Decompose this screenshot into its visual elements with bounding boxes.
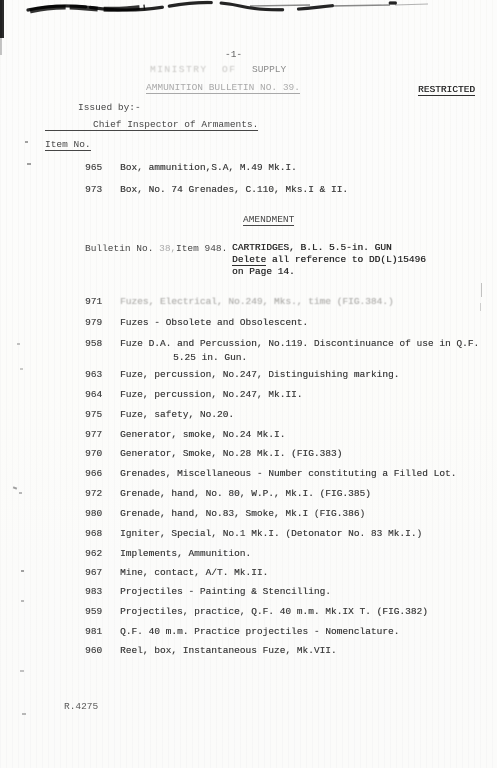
item-row: 966 Grenades, Miscellaneous - Number con…	[0, 468, 497, 484]
amendment-instruction-line2: on Page 14.	[232, 266, 295, 277]
item-number: 970	[85, 448, 102, 459]
item-description: Fuze, safety, No.20.	[120, 409, 234, 420]
item-number: 960	[85, 645, 102, 656]
item-number: 973	[85, 184, 102, 195]
item-row: 973 Box, No. 74 Grenades, C.110, Mks.I &…	[0, 184, 497, 200]
item-row: 965 Box, ammunition,S.A, M.49 Mk.I.	[0, 162, 497, 178]
item-no-column-label: Item No.	[45, 139, 91, 151]
page-number: -1-	[225, 49, 242, 60]
amendment-item-ref: Item 948.	[176, 243, 227, 254]
item-description: Generator, Smoke, No.28 Mk.I. (FIG.383)	[120, 448, 342, 459]
item-description: Igniter, Special, No.1 Mk.I. (Detonator …	[120, 528, 422, 539]
item-description: Projectiles, practice, Q.F. 40 m.m. Mk.I…	[120, 606, 428, 617]
item-description: Projectiles - Painting & Stencilling.	[120, 586, 331, 597]
item-description: Fuze D.A. and Percussion, No.119. Discon…	[120, 338, 479, 349]
item-number: 971	[85, 296, 102, 307]
item-description: Grenade, hand, No. 80, W.P., Mk.I. (FIG.…	[120, 488, 371, 499]
item-description: Generator, smoke, No.24 Mk.I.	[120, 429, 285, 440]
scan-speck	[22, 713, 26, 715]
item-row: 959 Projectiles, practice, Q.F. 40 m.m. …	[0, 606, 497, 622]
amendment-bulletin-ref: Bulletin No. 38,	[85, 243, 176, 254]
amendment-instruction: Delete all reference to DD(L)15496	[232, 254, 426, 265]
footer-reference: R.4275	[64, 701, 98, 712]
item-number: 963	[85, 369, 102, 380]
bulletin-prefix: Bulletin No.	[85, 243, 159, 254]
item-row: 975 Fuze, safety, No.20.	[0, 409, 497, 425]
item-number: 966	[85, 468, 102, 479]
item-row: 958 Fuze D.A. and Percussion, No.119. Di…	[0, 338, 497, 354]
item-number: 968	[85, 528, 102, 539]
item-description: Fuzes, Electrical, No.249, Mks., time (F…	[120, 296, 394, 307]
issued-by-name: Chief Inspector of Armaments.	[45, 119, 258, 131]
issued-by-label: Issued by:-	[78, 102, 141, 113]
item-number: 980	[85, 508, 102, 519]
item-description: Q.F. 40 m.m. Practice projectiles - Nome…	[120, 626, 399, 637]
item-row: 972 Grenade, hand, No. 80, W.P., Mk.I. (…	[0, 488, 497, 504]
document-title: AMMUNITION BULLETIN NO. 39.	[146, 82, 300, 94]
item-number: 958	[85, 338, 102, 349]
item-description: Reel, box, Instantaneous Fuze, Mk.VII.	[120, 645, 337, 656]
delete-word: Delete	[232, 254, 266, 266]
scan-ink-streak	[0, 0, 497, 20]
item-number: 967	[85, 567, 102, 578]
amendment-heading: AMENDMENT	[243, 214, 294, 226]
delete-rest: all reference to DD(L)15496	[266, 254, 426, 265]
item-description: Fuzes - Obsolete and Obsolescent.	[120, 317, 308, 328]
bulletin-number: 38,	[159, 243, 176, 254]
item-row: 967 Mine, contact, A/T. Mk.II.	[0, 567, 497, 583]
item-row: 977 Generator, smoke, No.24 Mk.I.	[0, 429, 497, 445]
item-number: 975	[85, 409, 102, 420]
item-number: 983	[85, 586, 102, 597]
item-row: 968 Igniter, Special, No.1 Mk.I. (Detona…	[0, 528, 497, 544]
item-row: 964 Fuze, percussion, No.247, Mk.II.	[0, 389, 497, 405]
item-number: 979	[85, 317, 102, 328]
department-name-faint: MINISTRY OF	[150, 64, 236, 75]
item-row: 980 Grenade, hand, No.83, Smoke, Mk.I (F…	[0, 508, 497, 524]
item-description: Grenade, hand, No.83, Smoke, Mk.I (FIG.3…	[120, 508, 365, 519]
item-description: Box, No. 74 Grenades, C.110, Mks.I & II.	[120, 184, 348, 195]
amendment-subject: CARTRIDGES, B.L. 5.5-in. GUN	[232, 242, 392, 253]
item-number: 964	[85, 389, 102, 400]
item-row: 963 Fuze, percussion, No.247, Distinguis…	[0, 369, 497, 385]
item-row: 962 Implements, Ammunition.	[0, 548, 497, 564]
item-description: Grenades, Miscellaneous - Number constit…	[120, 468, 456, 479]
item-description: Fuze, percussion, No.247, Distinguishing…	[120, 369, 399, 380]
classification-stamp: RESTRICTED	[418, 84, 475, 96]
item-number: 977	[85, 429, 102, 440]
item-row: 970 Generator, Smoke, No.28 Mk.I. (FIG.3…	[0, 448, 497, 464]
item-number: 962	[85, 548, 102, 559]
scanned-document-page: { "colors": { "paper": "#fcfcfb", "ink":…	[0, 0, 497, 768]
item-row: 983 Projectiles - Painting & Stencilling…	[0, 586, 497, 602]
item-row: 971 Fuzes, Electrical, No.249, Mks., tim…	[0, 296, 497, 312]
scan-speck	[20, 670, 24, 672]
item-description: Fuze, percussion, No.247, Mk.II.	[120, 389, 302, 400]
item-number: 972	[85, 488, 102, 499]
item-number: 965	[85, 162, 102, 173]
item-row: 979 Fuzes - Obsolete and Obsolescent.	[0, 317, 497, 333]
item-description-line2: 5.25 in. Gun.	[173, 352, 247, 363]
scan-speck	[25, 141, 28, 143]
item-number: 981	[85, 626, 102, 637]
item-row: 960 Reel, box, Instantaneous Fuze, Mk.VI…	[0, 645, 497, 661]
item-description: Mine, contact, A/T. Mk.II.	[120, 567, 268, 578]
department-name: SUPPLY	[252, 64, 286, 75]
item-description: Implements, Ammunition.	[120, 548, 251, 559]
item-description: Box, ammunition,S.A, M.49 Mk.I.	[120, 162, 297, 173]
item-row: 981 Q.F. 40 m.m. Practice projectiles - …	[0, 626, 497, 642]
scan-edge-mark	[0, 0, 2, 55]
item-number: 959	[85, 606, 102, 617]
scan-speck	[481, 283, 482, 297]
